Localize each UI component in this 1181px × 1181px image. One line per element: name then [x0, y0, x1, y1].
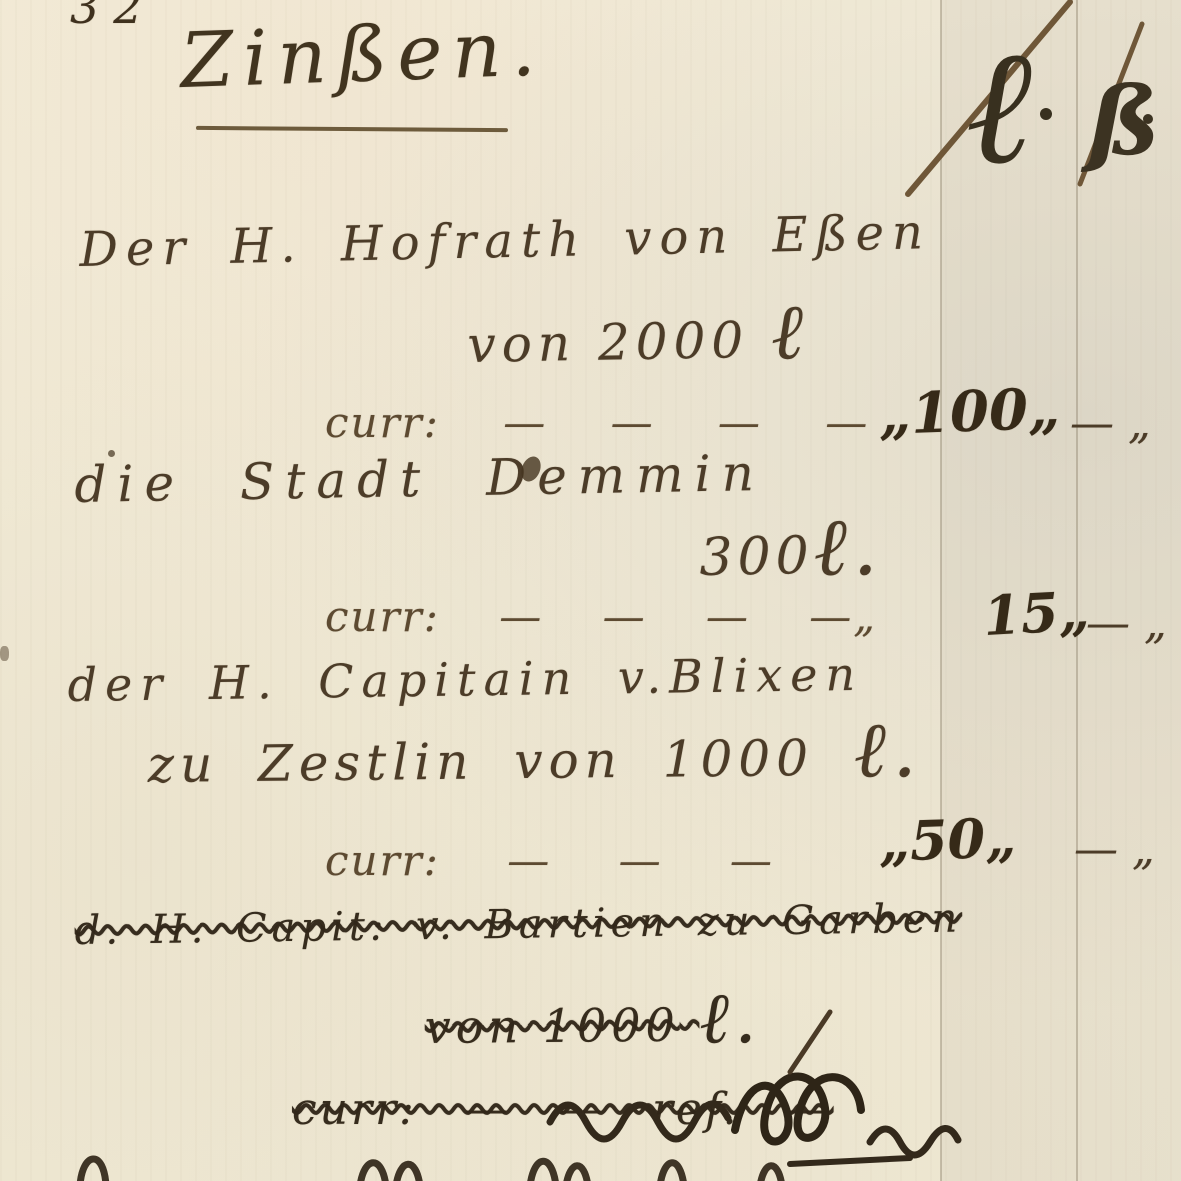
entry-1-debtor-line: Der H. Hofrath von Eßen [79, 204, 932, 278]
entry-2-amount-schilling: — „ [1086, 598, 1167, 649]
taler-symbol-dot [1040, 108, 1052, 120]
clipped-next-line-fragment [60, 1146, 880, 1181]
entry-3-debtor-line: der H. Capitain v.Blixen [67, 647, 863, 712]
entry-1-curr-leader: curr: — — — — [325, 398, 869, 447]
entry-1-amount-taler: „100„ [878, 376, 1062, 448]
ascender-stroke [530, 1161, 556, 1181]
entry-2-debtor-line: die Stadt Demmin [74, 444, 765, 514]
page-number: 32 [70, 0, 157, 34]
entry-1-currency-mark: ℓ [771, 332, 809, 333]
entry-2-curr-leader: curr: — — — —„ [325, 592, 877, 641]
entry-3-currency-mark: ℓ. [854, 750, 923, 751]
currency-column-headers: ℓ ß [890, 0, 1181, 229]
entry-3-amount-taler: „50„ [878, 805, 1017, 874]
taler-column-symbol: ℓ [968, 12, 1036, 200]
manuscript-ledger-page: 32 Zinßen. ℓ ß Der H. Hofrath von Eßen v… [0, 0, 1181, 1181]
schilling-symbol-dot [1143, 114, 1153, 124]
entry-1-principal-line: von 2000 ℓ [467, 310, 810, 374]
entry-2-currency-mark: ℓ. [814, 547, 883, 548]
scribble-loops [735, 1076, 861, 1141]
scribble-wave [550, 1104, 728, 1139]
entry-2-principal-line: 300ℓ. [699, 525, 883, 588]
entry-2-principal: 300 [699, 526, 814, 588]
entry-3-curr-leader: curr: — — — [325, 836, 774, 885]
entry-4-principal: von 1000 [425, 998, 680, 1054]
entry-4-debtor-line-struck: d. H. Capit: v. Bartien zu Garben [74, 896, 962, 954]
ink-dot [108, 450, 115, 457]
entry-4-principal-line-struck: von 1000 ℓ. [425, 997, 762, 1054]
ascender-stroke [760, 1166, 782, 1181]
page-title: Zinßen. [179, 3, 547, 105]
entry-1-principal: von 2000 [467, 311, 750, 374]
entry-2-amount-taler: 15„ [982, 579, 1091, 648]
ascender-stroke [566, 1166, 588, 1181]
entry-3-principal-line: zu Zestlin von 1000 ℓ. [147, 728, 923, 794]
ascender-stroke [80, 1159, 106, 1181]
entry-1-amount-schilling: — „ [1070, 398, 1151, 449]
title-underline [196, 126, 508, 132]
scribble-tail [870, 1128, 958, 1155]
ascender-stroke [660, 1163, 684, 1181]
entry-4-currency-mark: ℓ. [699, 1018, 761, 1019]
entry-3-principal: zu Zestlin von 1000 [147, 729, 814, 794]
edge-ink-speck [0, 646, 9, 661]
lira-descender-stroke [790, 1012, 830, 1072]
ascender-stroke [360, 1163, 386, 1181]
ascender-stroke [396, 1164, 420, 1181]
entry-3-amount-schilling: — „ [1074, 824, 1155, 875]
